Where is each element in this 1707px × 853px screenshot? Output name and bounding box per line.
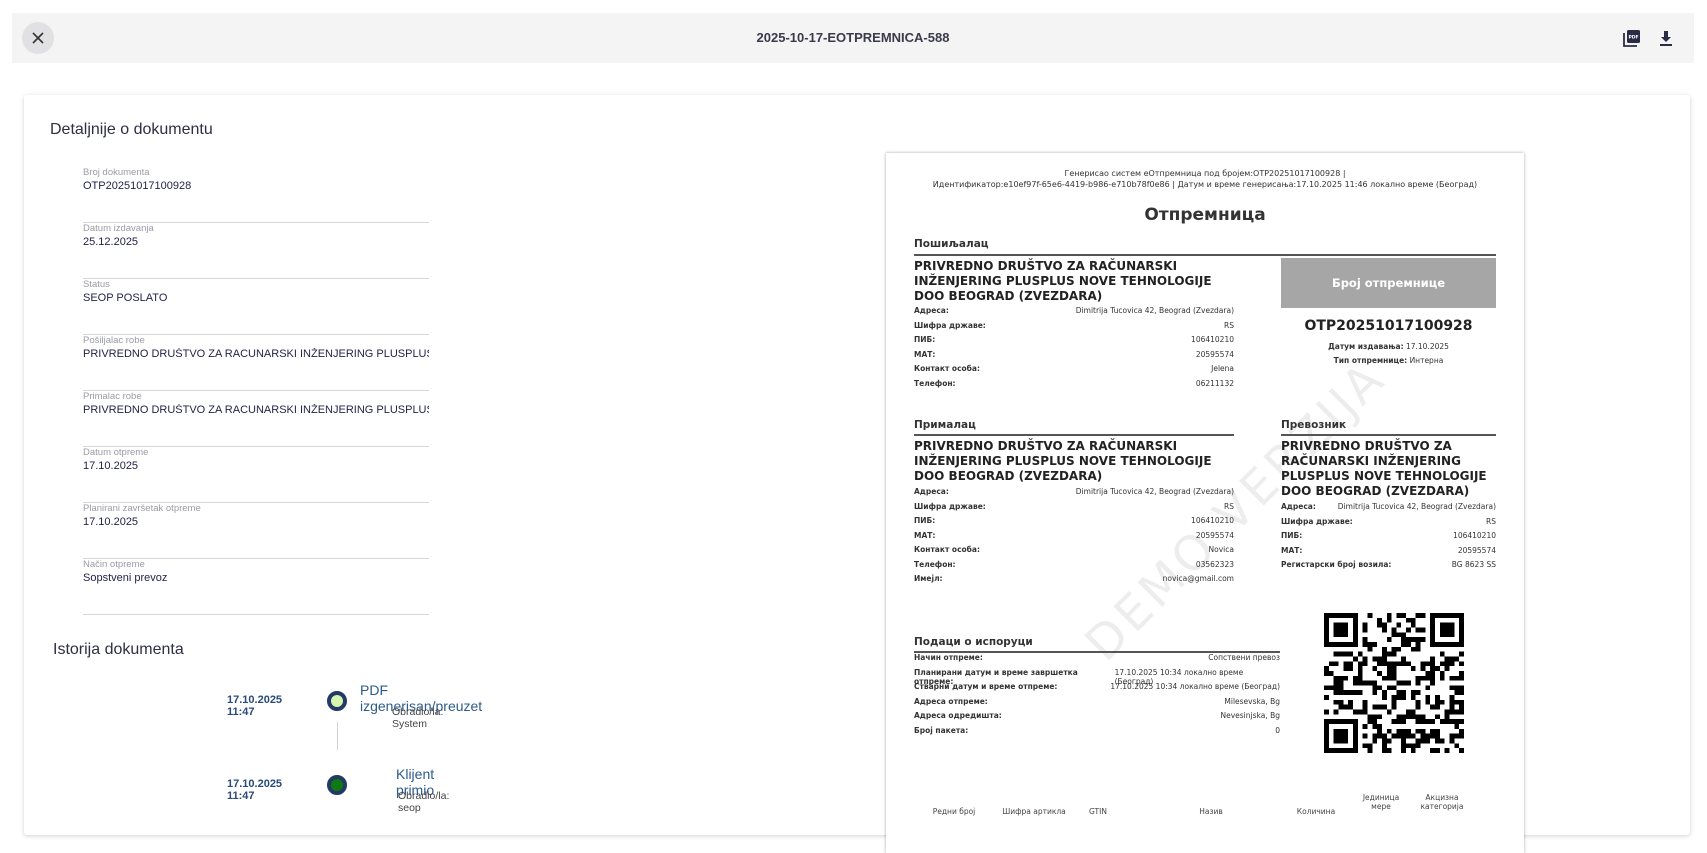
column-header: Назив — [1146, 807, 1276, 814]
row-label: Адреса одредишта: — [914, 711, 1002, 726]
pdf-header-line: Генерисао систем еОтпремница под бројем:… — [886, 168, 1524, 179]
row-label: Шифра државе: — [914, 502, 986, 517]
viewer-toolbar: 2025-10-17-EOTPREMNICA-588 PDF — [12, 13, 1694, 63]
carrier-section-title: Превозник — [1281, 419, 1346, 431]
field-label: Pošiljalac robe — [83, 335, 145, 346]
pdf-row: Имејл:novica@gmail.com — [914, 574, 1234, 589]
row-value: 03562323 — [1196, 560, 1234, 575]
pdf-row: Адреса отпреме:Milesevska, Bg — [914, 697, 1280, 712]
field-value: OTP20251017100928 — [83, 180, 429, 192]
field-label: Datum otpreme — [83, 447, 148, 458]
divider — [914, 434, 1234, 436]
row-value: RS — [1224, 321, 1234, 336]
svg-text:PDF: PDF — [1628, 35, 1638, 41]
field-label: Primalac robe — [83, 391, 142, 402]
row-label: Адреса: — [914, 306, 949, 321]
pdf-row: МАТ:20595574 — [914, 350, 1234, 365]
status-dot-icon — [327, 691, 347, 711]
field-receiver: Primalac robe PRIVREDNO DRUŠTVO ZA RACUN… — [83, 391, 429, 447]
carrier-name: PRIVREDNO DRUŠTVO ZA RAČUNARSKI INŽENJER… — [1281, 439, 1496, 499]
row-value: Dimitrija Tucovica 42, Beograd (Zvezdara… — [1338, 502, 1496, 517]
row-label: МАТ: — [914, 531, 935, 546]
row-label: Регистарски број возила: — [1281, 560, 1391, 575]
field-planned-end: Planirani završetak otpreme 17.10.2025 — [83, 503, 429, 559]
column-header: Количина — [1286, 807, 1346, 814]
row-label: ПИБ: — [914, 516, 935, 531]
issue-date-label: Датум издавања: — [1328, 342, 1404, 351]
status-dot-icon — [327, 775, 347, 795]
row-label: ПИБ: — [914, 335, 935, 350]
history-time: 17.10.2025 11:47 — [227, 778, 282, 802]
row-value: Nevesinjska, Bg — [1221, 711, 1281, 726]
field-label: Način otpreme — [83, 559, 145, 570]
row-value: 20595574 — [1458, 546, 1496, 561]
pdf-row: МАТ:20595574 — [1281, 546, 1496, 561]
row-value: 17.10.2025 10:34 локално време (Београд) — [1115, 668, 1280, 683]
row-label: Телефон: — [914, 560, 956, 575]
row-value: RS — [1224, 502, 1234, 517]
delivery-section-title: Подаци о испоруци — [914, 636, 1033, 648]
details-title: Detaljnije o dokumentu — [50, 121, 213, 139]
row-value: 20595574 — [1196, 350, 1234, 365]
note-type: Тип отпремнице: Интерна — [1281, 356, 1496, 365]
field-label: Datum izdavanja — [83, 223, 154, 234]
history-title: Istorija dokumenta — [53, 641, 184, 659]
note-type-value: Интерна — [1410, 356, 1444, 365]
pdf-row: Телефон:06211132 — [914, 379, 1234, 394]
history-processed-by: Obradio/la: seop — [398, 790, 449, 814]
row-label: Начин отпреме: — [914, 653, 983, 668]
open-pdf-button[interactable]: PDF — [1622, 28, 1642, 48]
pdf-row: МАТ:20595574 — [914, 531, 1234, 546]
column-header: Акцизна категорија — [1414, 793, 1470, 811]
pdf-header-line: Идентификатор:e10ef97f-65e6-4419-b986-e7… — [886, 179, 1524, 190]
note-type-label: Тип отпремнице: — [1334, 356, 1408, 365]
field-value: PRIVREDNO DRUŠTVO ZA RACUNARSKI INŽENJER… — [83, 348, 429, 360]
row-value: 20595574 — [1196, 531, 1234, 546]
delivery-note-number-label: Број отпремнице — [1281, 258, 1496, 308]
row-value: Jelena — [1211, 364, 1234, 379]
field-issue-date: Datum izdavanja 25.12.2025 — [83, 223, 429, 279]
row-label: Контакт особа: — [914, 545, 980, 560]
download-button[interactable] — [1656, 28, 1676, 48]
pdf-icon: PDF — [1623, 29, 1641, 47]
pdf-row: Начин отпреме:Сопствени превоз — [914, 653, 1280, 668]
pdf-row: Адреса:Dimitrija Tucovica 42, Beograd (Z… — [914, 487, 1234, 502]
divider — [1281, 434, 1496, 436]
field-shipping-method: Način otpreme Sopstveni prevoz — [83, 559, 429, 615]
pdf-row: Шифра државе:RS — [1281, 517, 1496, 532]
pdf-row: Контакт особа:Novica — [914, 545, 1234, 560]
pdf-row: Адреса:Dimitrija Tucovica 42, Beograd (Z… — [914, 306, 1234, 321]
row-value: Novica — [1209, 545, 1234, 560]
divider — [914, 254, 1496, 256]
sender-section-title: Пошиљалац — [914, 238, 989, 250]
carrier-rows: Адреса:Dimitrija Tucovica 42, Beograd (Z… — [1281, 502, 1496, 575]
field-value: 17.10.2025 — [83, 516, 429, 528]
pdf-row: Адреса одредишта:Nevesinjska, Bg — [914, 711, 1280, 726]
row-value: 17.10.2025 10:34 локално време (Београд) — [1110, 682, 1280, 697]
history-processed-by: Obradio/la: System — [392, 706, 443, 730]
field-status: Status SEOP POSLATO — [83, 279, 429, 335]
row-value: 106410210 — [1191, 335, 1234, 350]
pdf-row: Шифра државе:RS — [914, 502, 1234, 517]
row-value: 106410210 — [1453, 531, 1496, 546]
column-header: GTIN — [1078, 807, 1118, 814]
delivery-note-number: OTP20251017100928 — [1281, 318, 1496, 334]
row-label: Адреса: — [914, 487, 949, 502]
row-label: МАТ: — [1281, 546, 1302, 561]
pdf-preview[interactable]: DEMO VERZIJA Генерисао систем еОтпремниц… — [886, 153, 1524, 814]
pdf-row: Контакт особа:Jelena — [914, 364, 1234, 379]
row-value: 0 — [1275, 726, 1280, 741]
sender-rows: Адреса:Dimitrija Tucovica 42, Beograd (Z… — [914, 306, 1234, 393]
row-label: Контакт особа: — [914, 364, 980, 379]
row-label: Стварни датум и време отпреме: — [914, 682, 1057, 697]
column-header: Јединица мере — [1356, 793, 1406, 811]
row-value: Dimitrija Tucovica 42, Beograd (Zvezdara… — [1076, 306, 1234, 321]
row-label: Планирани датум и време завршетка отпрем… — [914, 668, 1115, 683]
field-sender: Pošiljalac robe PRIVREDNO DRUŠTVO ZA RAC… — [83, 335, 429, 391]
row-value: Dimitrija Tucovica 42, Beograd (Zvezdara… — [1076, 487, 1234, 502]
row-label: Телефон: — [914, 379, 956, 394]
pdf-row: Шифра државе:RS — [914, 321, 1234, 336]
row-value: novica@gmail.com — [1163, 574, 1234, 589]
qr-code — [1324, 613, 1464, 753]
field-shipping-date: Datum otpreme 17.10.2025 — [83, 447, 429, 503]
receiver-section-title: Прималац — [914, 419, 976, 431]
row-label: Адреса: — [1281, 502, 1316, 517]
row-value: Сопствени превоз — [1208, 653, 1280, 668]
issue-date-value: 17.10.2025 — [1406, 342, 1449, 351]
column-header: Шифра артикла — [994, 807, 1074, 814]
receiver-name: PRIVREDNO DRUŠTVO ZA RAČUNARSKI INŽENJER… — [914, 439, 1239, 484]
row-label: Имејл: — [914, 574, 943, 589]
pdf-row: Број пакета:0 — [914, 726, 1280, 741]
row-label: Адреса отпреме: — [914, 697, 988, 712]
download-icon — [1658, 30, 1674, 46]
timeline-connector — [337, 722, 338, 750]
field-value: SEOP POSLATO — [83, 292, 429, 304]
row-label: Шифра државе: — [914, 321, 986, 336]
row-label: Шифра државе: — [1281, 517, 1353, 532]
field-value: 17.10.2025 — [83, 460, 429, 472]
row-label: ПИБ: — [1281, 531, 1302, 546]
field-value: Sopstveni prevoz — [83, 572, 429, 584]
pdf-row: Планирани датум и време завршетка отпрем… — [914, 668, 1280, 683]
field-value: PRIVREDNO DRUŠTVO ZA RACUNARSKI INŽENJER… — [83, 404, 429, 416]
document-title: 2025-10-17-EOTPREMNICA-588 — [12, 30, 1694, 45]
field-label: Planirani završetak otpreme — [83, 503, 201, 514]
row-label: МАТ: — [914, 350, 935, 365]
column-header: Редни број — [924, 807, 984, 814]
sender-name: PRIVREDNO DRUŠTVO ZA RAČUNARSKI INŽENJER… — [914, 259, 1214, 304]
field-value: 25.12.2025 — [83, 236, 429, 248]
field-label: Broj dokumenta — [83, 167, 150, 178]
issue-date: Датум издавања: 17.10.2025 — [1281, 342, 1496, 351]
row-value: BG 8623 SS — [1452, 560, 1496, 575]
receiver-rows: Адреса:Dimitrija Tucovica 42, Beograd (Z… — [914, 487, 1234, 589]
history-time: 17.10.2025 11:47 — [227, 694, 282, 718]
row-value: Milesevska, Bg — [1224, 697, 1280, 712]
pdf-row: ПИБ:106410210 — [914, 335, 1234, 350]
pdf-row: Телефон:03562323 — [914, 560, 1234, 575]
field-label: Status — [83, 279, 110, 290]
row-value: 06211132 — [1196, 379, 1234, 394]
field-document-number: Broj dokumenta OTP20251017100928 — [83, 167, 429, 223]
pdf-row: Регистарски број возила:BG 8623 SS — [1281, 560, 1496, 575]
row-value: 106410210 — [1191, 516, 1234, 531]
pdf-row: Адреса:Dimitrija Tucovica 42, Beograd (Z… — [1281, 502, 1496, 517]
pdf-row: ПИБ:106410210 — [1281, 531, 1496, 546]
pdf-generation-info: Генерисао систем еОтпремница под бројем:… — [886, 168, 1524, 190]
pdf-row: ПИБ:106410210 — [914, 516, 1234, 531]
pdf-row: Стварни датум и време отпреме:17.10.2025… — [914, 682, 1280, 697]
details-fields: Broj dokumenta OTP20251017100928 Datum i… — [83, 167, 429, 615]
document-details-card: Detaljnije o dokumentu Broj dokumenta OT… — [24, 95, 1690, 814]
row-value: RS — [1486, 517, 1496, 532]
row-label: Број пакета: — [914, 726, 968, 741]
delivery-rows: Начин отпреме:Сопствени превозПланирани … — [914, 653, 1280, 740]
pdf-title: Отпремница — [886, 205, 1524, 225]
